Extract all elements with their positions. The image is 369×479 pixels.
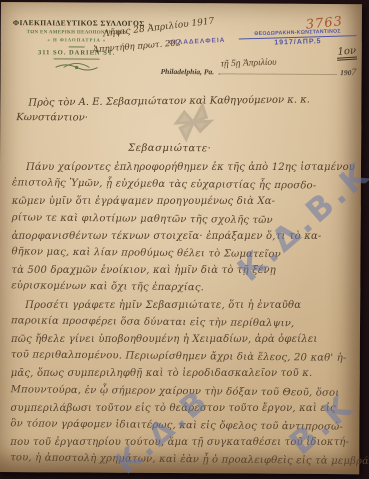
recipient-line2: Κωνστάντιον· <box>16 112 88 123</box>
dateline: Philadelphia, Pa. τῇ 5ῃ Ἀπριλίου 1907 <box>161 61 361 80</box>
handwritten-year-digit: 7 <box>351 67 356 78</box>
city-annotation: ΦΙΛΑΔΕΛΦΕΙΑ <box>169 37 226 47</box>
recipient-line1: Πρὸς τὸν Α. Ε. Σεβασμιώτατον καὶ Καθηγού… <box>28 94 310 108</box>
embossed-seal <box>172 101 214 147</box>
body-line: πῶς ἤθελε γίνει ὑποβοηθουμένη ἡ Χειμαδίω… <box>11 331 358 348</box>
body-line: Πάνυ χαίροντες ἐπληροφορήθημεν ἐκ τῆς ἀπ… <box>12 159 359 176</box>
letter-body: Πάνυ χαίροντες ἐπληροφορήθημεν ἐκ τῆς ἀπ… <box>10 158 359 470</box>
body-line: εὑρισκομένων καὶ ὄχι τῆς ἐπαρχίας. <box>11 278 358 299</box>
letterhead-flourish-ornament <box>13 60 141 79</box>
body-line: Προσέτι γράφετε ἡμῖν Σεβασμιώτατε, ὅτι ἡ… <box>11 297 358 314</box>
salutation: Σεβασμιώτατε· <box>128 143 211 155</box>
body-line: μᾶς, ὅπως συμπεριληφθῇ καὶ τὸ ἱεροδιδασκ… <box>11 366 358 383</box>
copy-number: 1ον <box>336 45 357 60</box>
body-line: κῶμεν ὑμῖν ὅτι ἐγράψαμεν προηγουμένως δι… <box>12 194 359 211</box>
scanned-letter-photo: ΦΙΛΕΚΠΑΙΔΕΥΤΙΚΟΣ ΣΥΛΛΟΓΟΣ ΤΩΝ ΕΝ ΑΜΕΡΙΚΗ… <box>0 0 369 479</box>
body-line: ὃν τόπον γράφομεν ἰδιαιτέρως, καὶ εἰς ὄφ… <box>10 415 357 436</box>
body-line: Μπουντούρα, ἐν ᾧ σήμερον χαίρουν τὴν δόξ… <box>11 381 358 402</box>
body-line: θῆκον μας, καὶ λίαν προθύμως θέλει τὸ Σω… <box>11 243 358 264</box>
letterhead-divider <box>69 46 85 47</box>
body-line: παροικία προσφέρει ὅσα δύναται εἰς τὴν π… <box>11 312 358 333</box>
date-blank-line: τῇ 5ῃ Ἀπριλίου <box>218 63 336 75</box>
archive-index-blue: ΘΕΟΔΩΡΑΚΗΝ-ΚΩΝΣΤΑΝΤΙΝΟΣ 1917/ΑΠΡ.5 <box>239 28 357 47</box>
body-line: ρίτων τε καὶ φιλοτίμων μαθητῶν τῆς σχολῆ… <box>12 209 359 230</box>
body-line: του, ἡ ἀποστολὴ χρημάτων, καὶ ἐὰν ᾖ ὁ πρ… <box>10 450 357 471</box>
letter-page: ΦΙΛΕΚΠΑΙΔΕΥΤΙΚΟΣ ΣΥΛΛΟΓΟΣ ΤΩΝ ΕΝ ΑΜΕΡΙΚΗ… <box>0 2 362 474</box>
printed-city: Philadelphia, Pa. <box>161 67 215 76</box>
body-line: συμπεριλάβωσι τοῦτον εἰς τὸ θεάρεστον το… <box>11 400 358 417</box>
body-line: ἀπορφανισθέντων τέκνων στοιχεῖα· ἐπράξαμ… <box>12 228 359 245</box>
printed-year: 190 <box>340 68 351 77</box>
handwritten-date: τῇ 5ῃ Ἀπριλίου <box>220 58 276 70</box>
